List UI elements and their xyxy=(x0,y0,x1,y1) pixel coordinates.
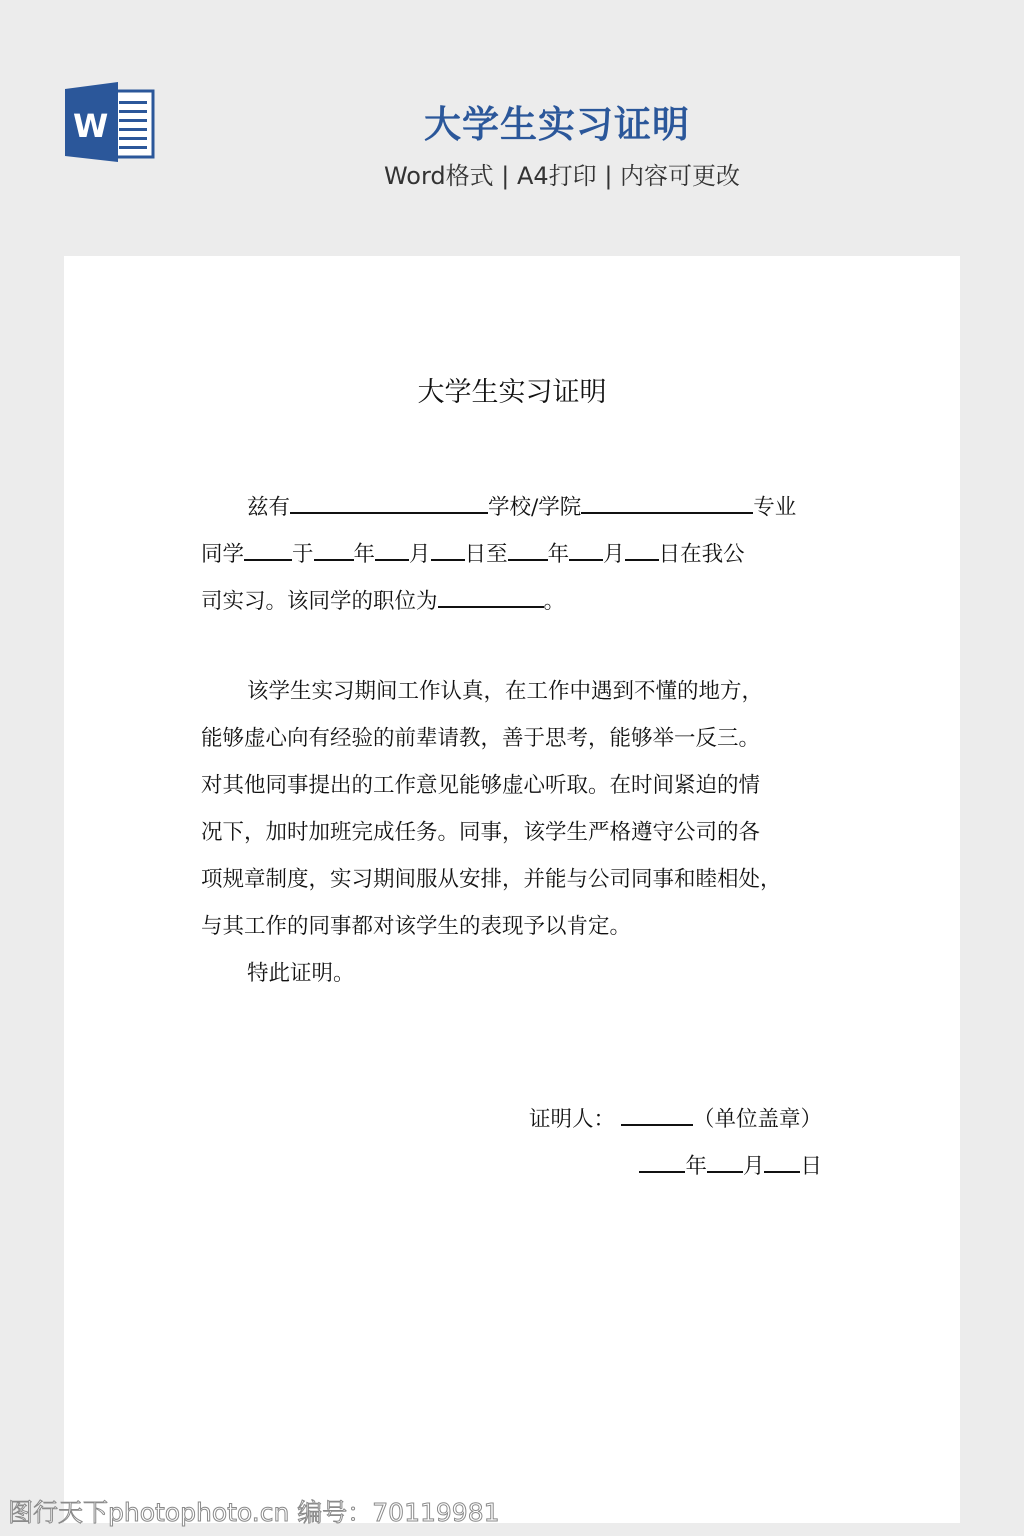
paragraph-line: 司实习。该同学的职位为。 xyxy=(201,578,825,625)
blank-start-day[interactable] xyxy=(431,539,465,561)
blank-sign-month[interactable] xyxy=(707,1151,743,1173)
blank-end-year[interactable] xyxy=(508,539,548,561)
blank-major[interactable] xyxy=(581,492,753,514)
stamp-label: （单位盖章） xyxy=(693,1107,822,1132)
paragraph-line: 对其他同事提出的工作意见能够虚心听取。在时间紧迫的情 xyxy=(201,762,825,809)
blank-student-name[interactable] xyxy=(244,539,292,561)
blank-start-year[interactable] xyxy=(314,539,354,561)
paragraph-line: 项规章制度，实习期间服从安排，并能与公司同事和睦相处， xyxy=(201,856,825,903)
paragraph-line: 该学生实习期间工作认真，在工作中遇到不懂的地方， xyxy=(201,668,825,715)
text: 月 xyxy=(409,542,431,567)
text: 学校/学院 xyxy=(488,495,581,520)
paragraph-evaluation: 该学生实习期间工作认真，在工作中遇到不懂的地方， 能够虚心向有经验的前辈请教，善… xyxy=(201,668,825,997)
document-title: 大学生实习证明 xyxy=(64,370,960,409)
header-title: 大学生实习证明 xyxy=(0,94,1024,148)
text: 同学 xyxy=(201,542,244,567)
text: 日在我公 xyxy=(659,542,745,567)
header-subtitle: Word格式 | A4打印 | 内容可更改 xyxy=(0,156,1024,191)
text: 月 xyxy=(603,542,625,567)
date-line: 年月日 xyxy=(639,1149,822,1180)
text: 年 xyxy=(685,1154,707,1179)
closing-text: 特此证明。 xyxy=(201,950,825,997)
text: 月 xyxy=(743,1154,765,1179)
text: 专业 xyxy=(753,495,796,520)
text: 兹有 xyxy=(247,495,290,520)
paragraph-line: 能够虚心向有经验的前辈请教，善于思考，能够举一反三。 xyxy=(201,715,825,762)
watermark: 图行天下photophoto.cn 编号：70119981 xyxy=(8,1493,500,1529)
paragraph-student-info: 兹有学校/学院专业 同学于年月日至年月日在我公 司实习。该同学的职位为。 xyxy=(201,484,825,625)
signature-line: 证明人：（单位盖章） xyxy=(529,1102,822,1133)
paragraph-line: 兹有学校/学院专业 xyxy=(201,484,825,531)
blank-end-day[interactable] xyxy=(625,539,659,561)
signature-label: 证明人： xyxy=(529,1107,615,1132)
document-page: 大学生实习证明 兹有学校/学院专业 同学于年月日至年月日在我公 司实习。该同学的… xyxy=(64,256,960,1523)
paragraph-line: 况下，加时加班完成任务。同事，该学生严格遵守公司的各 xyxy=(201,809,825,856)
paragraph-line: 与其工作的同事都对该学生的表现予以肯定。 xyxy=(201,903,825,950)
text: 。 xyxy=(544,589,566,614)
text: 日至 xyxy=(465,542,508,567)
text: 于 xyxy=(292,542,314,567)
blank-sign-year[interactable] xyxy=(639,1151,685,1173)
text: 司实习。该同学的职位为 xyxy=(201,589,438,614)
blank-signer[interactable] xyxy=(621,1104,693,1126)
blank-end-month[interactable] xyxy=(569,539,603,561)
blank-sign-day[interactable] xyxy=(764,1151,800,1173)
paragraph-line: 同学于年月日至年月日在我公 xyxy=(201,531,825,578)
blank-school[interactable] xyxy=(290,492,488,514)
text: 年 xyxy=(548,542,570,567)
blank-position[interactable] xyxy=(438,586,544,608)
text: 日 xyxy=(800,1154,822,1179)
text: 年 xyxy=(354,542,376,567)
blank-start-month[interactable] xyxy=(375,539,409,561)
